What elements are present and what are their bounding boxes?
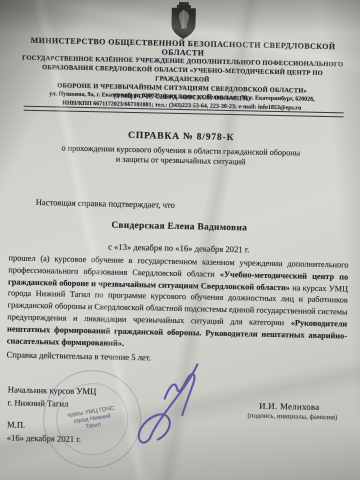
signer-name: И.И. Мелихова: [259, 401, 320, 412]
signature-icon: [132, 359, 216, 458]
intro-text: Настоящая справка подтверждает, что: [36, 197, 175, 210]
signer-caption: (подпись, инициалы, фамилия): [248, 412, 338, 421]
certificate-page: МИНИСТЕРСТВО ОБЩЕСТВЕННОЙ БЕЗОПАСНОСТИ С…: [0, 0, 360, 480]
stamp-inner-circle: курсы УМЦ ГОЧС город Нижний Тагил: [51, 378, 133, 460]
stamp-text-line: Тагил: [85, 422, 101, 431]
document-photo: МИНИСТЕРСТВО ОБЩЕСТВЕННОЙ БЕЗОПАСНОСТИ С…: [0, 0, 360, 480]
stamp-place-label: М.П.: [7, 419, 25, 429]
round-stamp: курсы УМЦ ГОЧС город Нижний Тагил: [36, 363, 148, 475]
certificate-subtitle: о прохождении курсового обучения в облас…: [1, 142, 360, 170]
person-name: Свидерская Елена Вадимовна: [0, 218, 359, 236]
validity-note: Справка действительна в течение 5 лет.: [6, 349, 151, 362]
body-paragraph: прошел (а) курсовое обучение в государст…: [7, 252, 349, 353]
